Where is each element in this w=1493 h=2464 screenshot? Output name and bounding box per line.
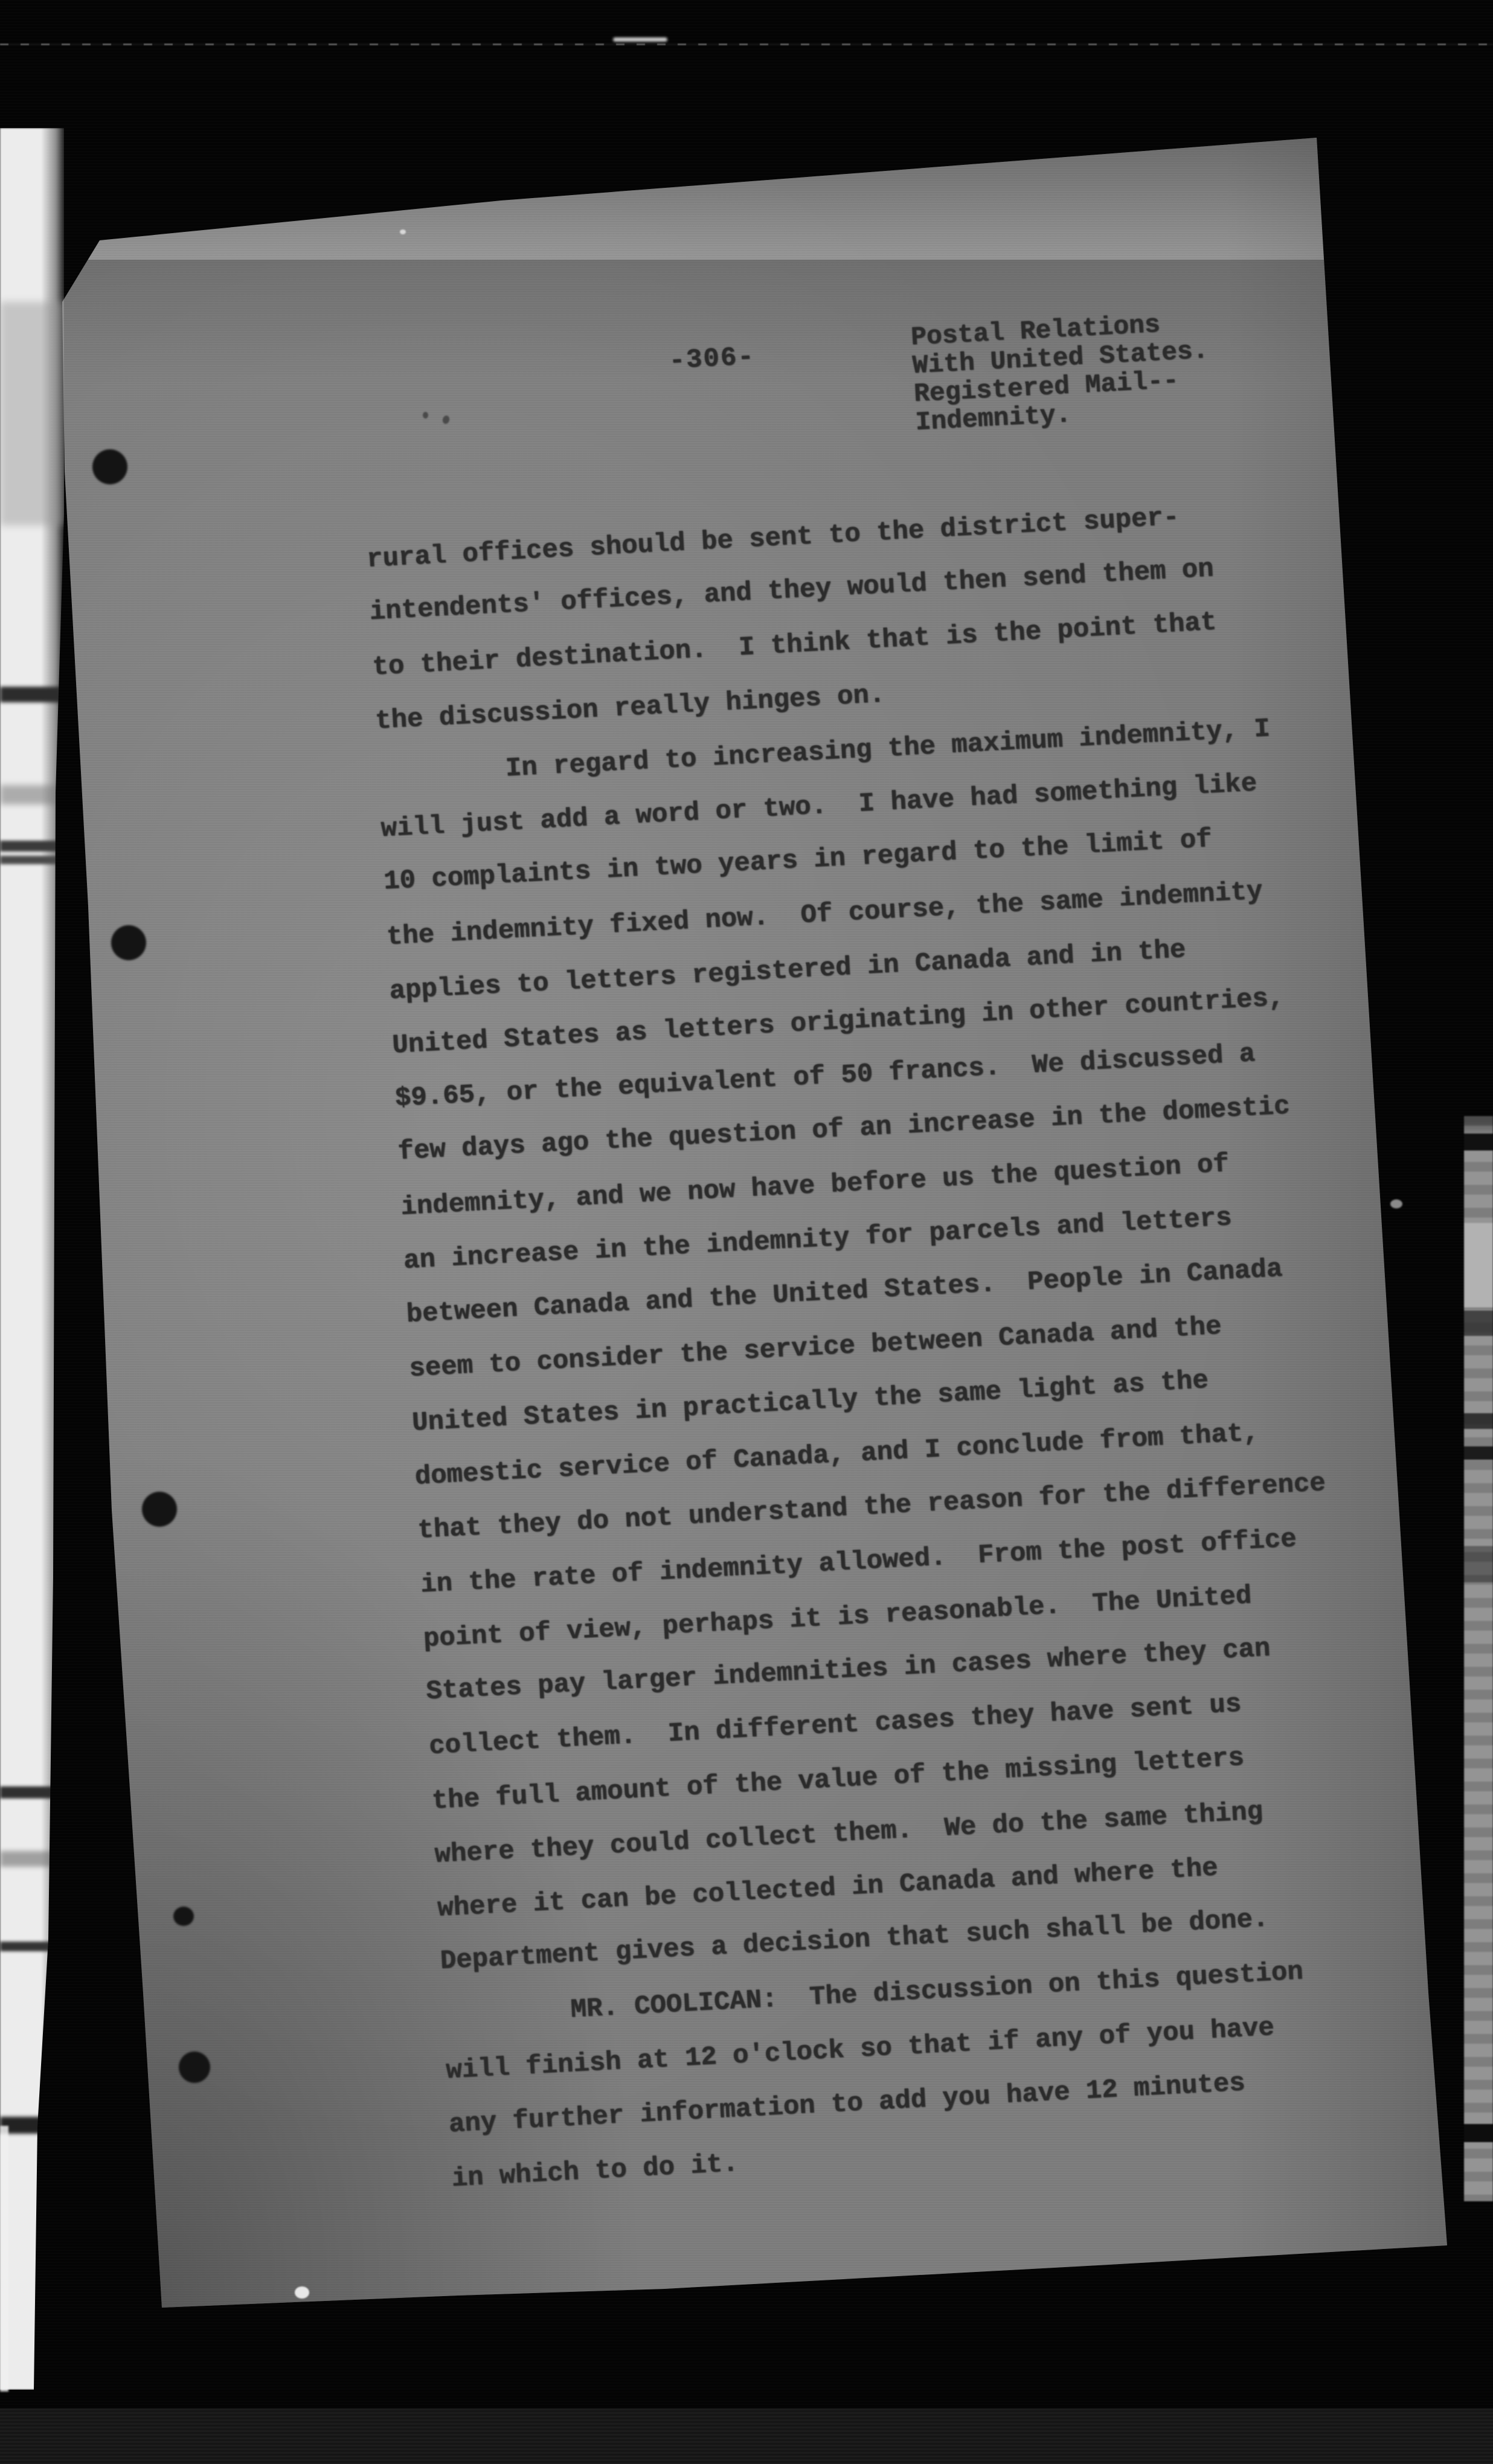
- microfilm-background: -306- Postal RelationsWith United States…: [0, 0, 1493, 2464]
- film-streak-band: [0, 2117, 66, 2134]
- binder-punch-hole: [92, 449, 127, 484]
- film-streak-band: [0, 856, 66, 864]
- film-streak-band: [0, 687, 66, 702]
- ink-blot: [173, 1907, 194, 1926]
- film-speck: [400, 229, 406, 234]
- film-light-leak-sliver: [0, 2126, 8, 2392]
- binder-punch-hole: [179, 2052, 210, 2083]
- film-scratch-highlight: [613, 37, 667, 42]
- film-bottom-band: [0, 2408, 1493, 2464]
- film-light-leak-left: [0, 128, 66, 2390]
- film-streak-band: [0, 1942, 66, 1951]
- document-body-text: rural offices should be sent to the dist…: [365, 485, 1361, 2206]
- film-speck: [1390, 1199, 1402, 1208]
- film-edge-right-frame: [1464, 1116, 1493, 2201]
- film-streak-band: [0, 302, 66, 525]
- film-streak-band: [1464, 1413, 1493, 1429]
- binder-punch-hole: [142, 1492, 177, 1527]
- film-scratch-line: [0, 43, 1493, 45]
- page-number: -306-: [669, 342, 756, 376]
- document-subject-header: Postal RelationsWith United States.Regis…: [910, 308, 1212, 437]
- film-streak-band: [1464, 2124, 1493, 2142]
- film-streak-band: [1464, 1446, 1493, 1460]
- film-speck: [295, 2286, 309, 2299]
- film-streak-band: [1464, 1311, 1493, 1336]
- ink-speck: [423, 412, 428, 419]
- film-streak-band: [0, 785, 66, 804]
- typewritten-content: -306- Postal RelationsWith United States…: [365, 482, 1419, 2221]
- film-streak-band: [0, 1786, 66, 1798]
- film-streak-band: [1464, 1134, 1493, 1150]
- film-streak-band: [1464, 1546, 1493, 1582]
- film-streak-band: [0, 841, 66, 852]
- binder-punch-hole: [111, 925, 146, 960]
- film-streak-band: [0, 1851, 66, 1867]
- film-streak-band: [1464, 1223, 1493, 1307]
